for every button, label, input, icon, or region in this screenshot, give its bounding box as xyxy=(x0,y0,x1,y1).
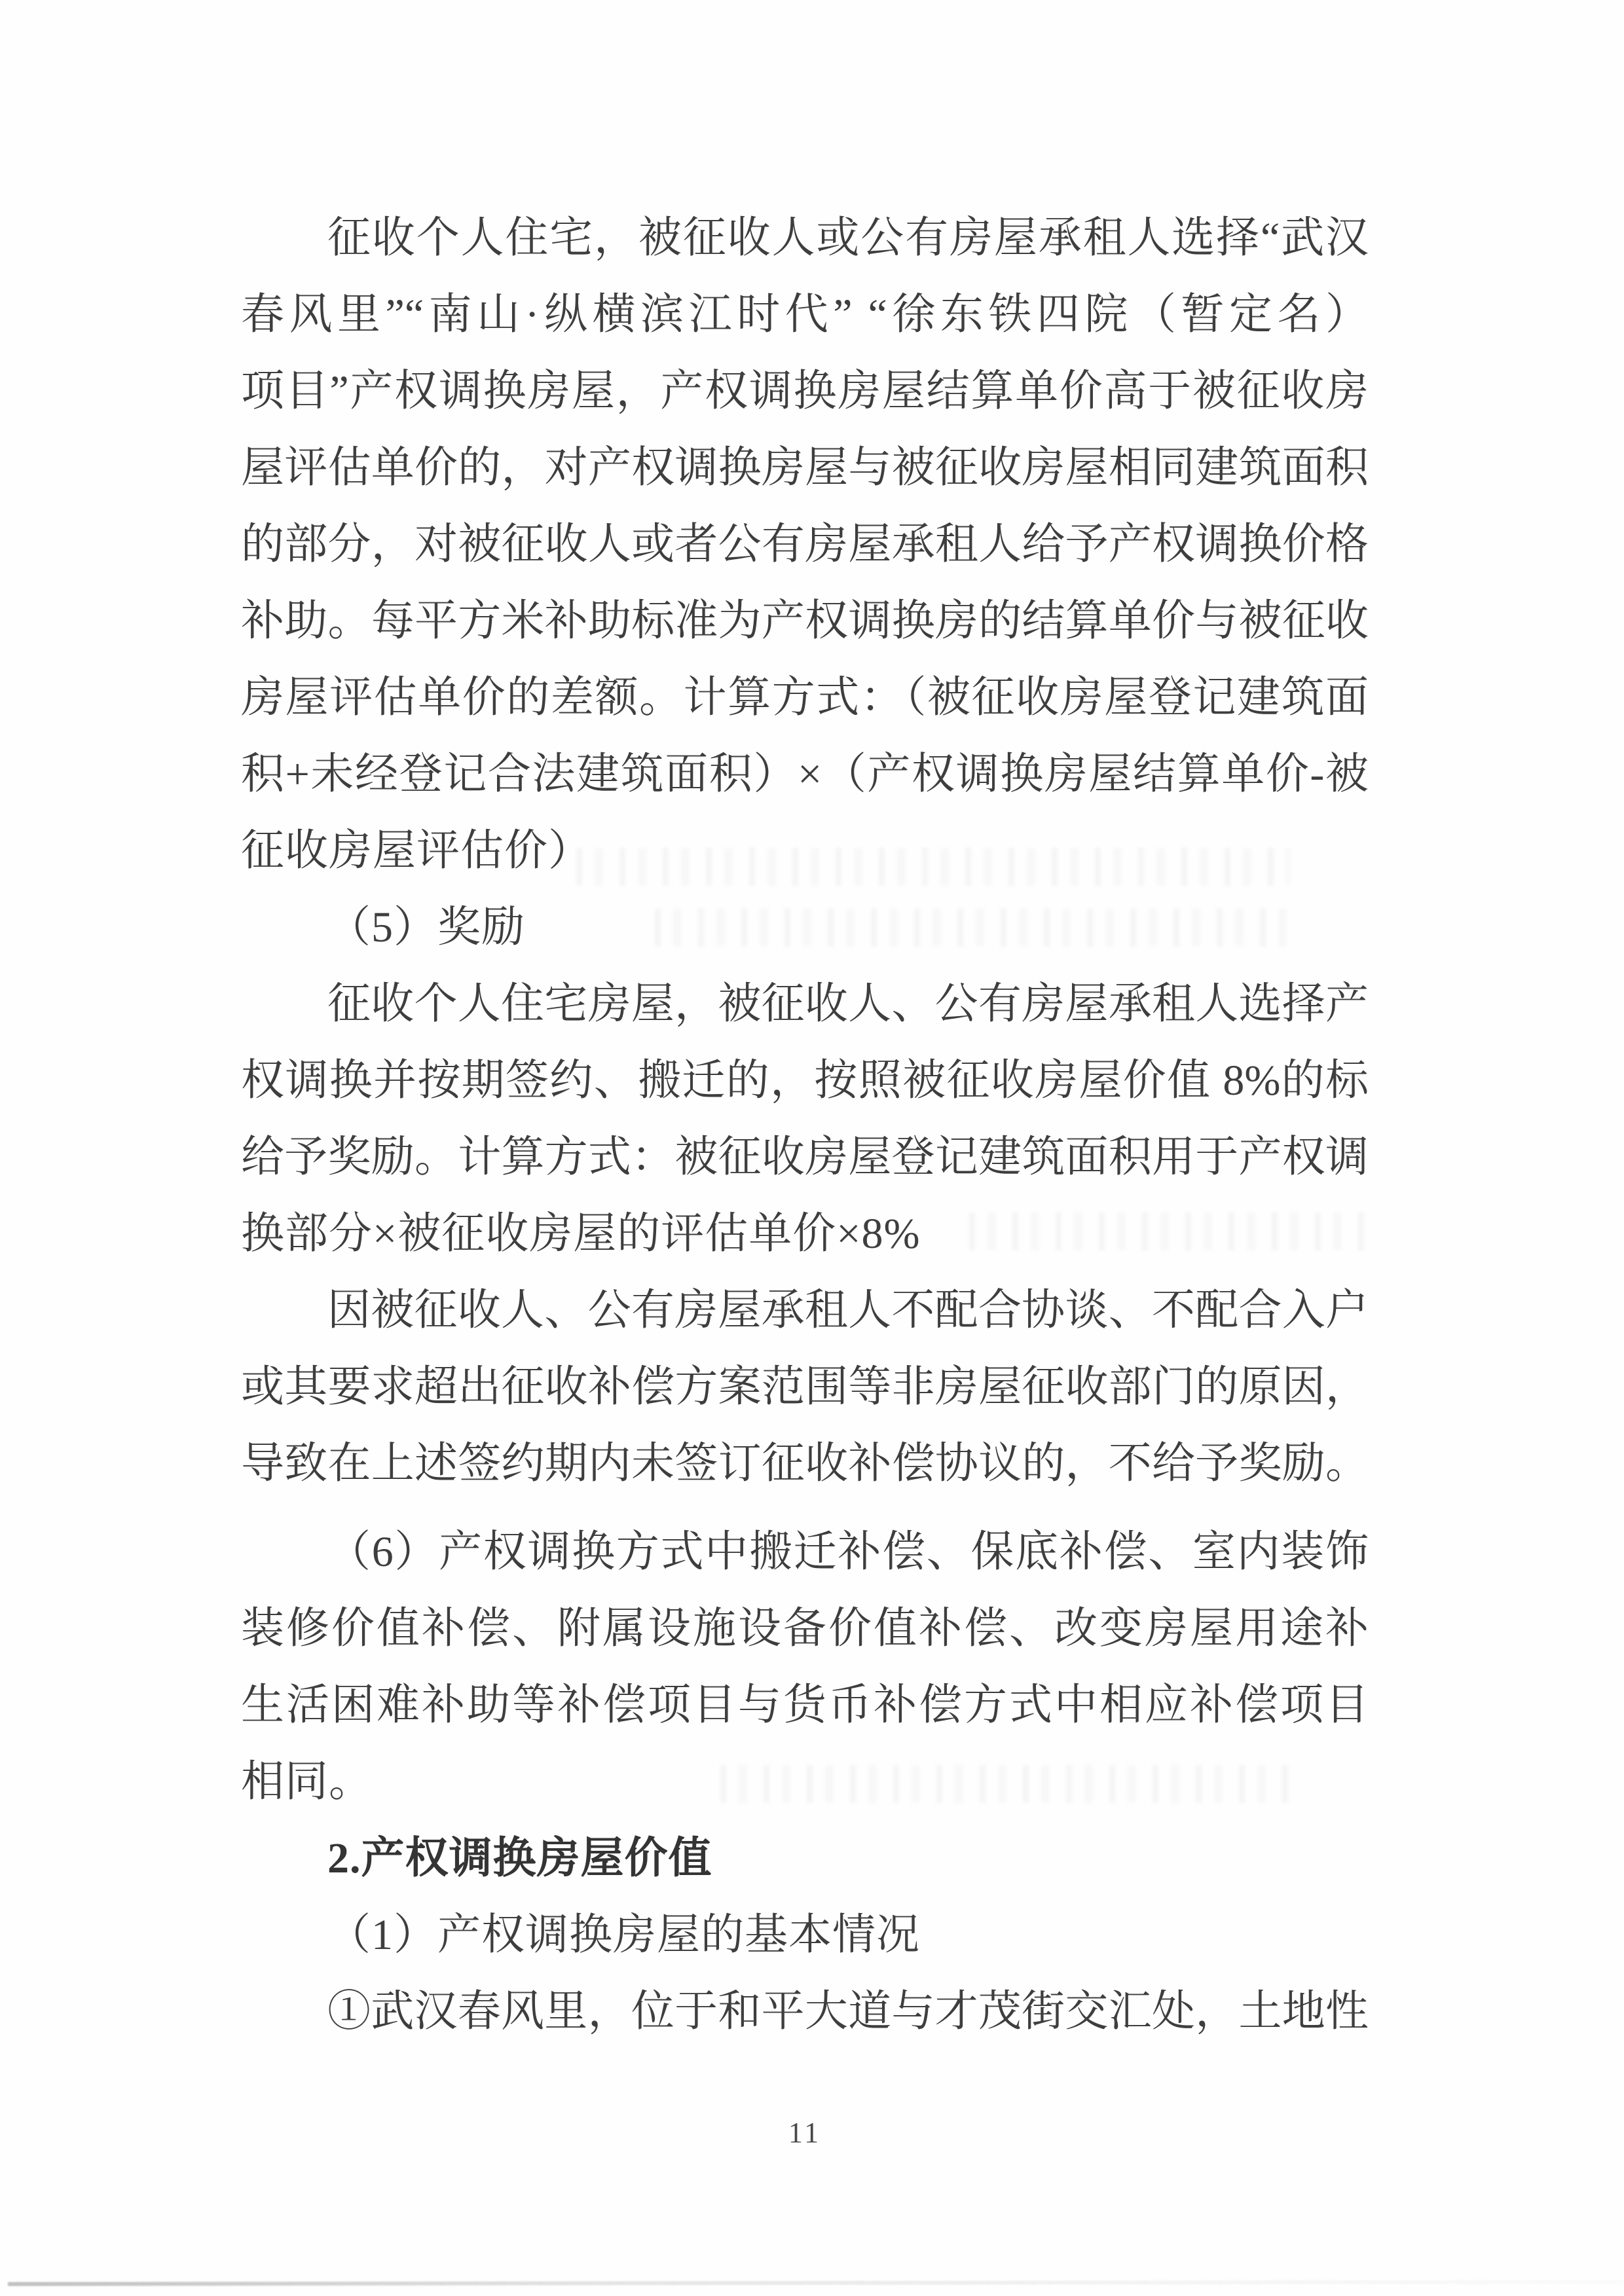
document-line: 因被征收人、公有房屋承租人不配合协谈、不配合入户 xyxy=(241,1272,1369,1349)
document-line: 权调换并按期签约、搬迁的，按照被征收房屋价值 8%的标准 xyxy=(241,1042,1369,1119)
page-number: 11 xyxy=(241,2116,1369,2149)
document-line: 屋评估单价的，对产权调换房屋与被征收房屋相同建筑面积 xyxy=(241,429,1369,506)
document-line: 项目”产权调换房屋，产权调换房屋结算单价高于被征收房 xyxy=(241,353,1369,429)
document-line: 积+未经登记合法建筑面积）×（产权调换房屋结算单价-被 xyxy=(241,736,1369,812)
document-line: 补助。每平方米补助标准为产权调换房的结算单价与被征收 xyxy=(241,583,1369,659)
bleed-through-artifact xyxy=(576,848,1290,886)
document-line: 或其要求超出征收补偿方案范围等非房屋征收部门的原因， xyxy=(241,1349,1369,1425)
document-line: 导致在上述签约期内未签订征收补偿协议的，不给予奖励。 xyxy=(241,1425,1369,1502)
scanned-document-page: 征收个人住宅，被征收人或公有房屋承租人选择“武汉 春风里”“南山·纵横滨江时代”… xyxy=(0,0,1624,2296)
scan-edge-artifact xyxy=(8,2280,1624,2286)
section-heading-2-property-swap-value: 2.产权调换房屋价值 xyxy=(241,1820,1369,1897)
section-heading-1-basic-info: （1）产权调换房屋的基本情况 xyxy=(241,1897,1369,1973)
document-line: 的部分，对被征收人或者公有房屋承租人给予产权调换价格 xyxy=(241,506,1369,583)
document-line: 征收个人住宅，被征收人或公有房屋承租人选择“武汉 xyxy=(241,200,1369,276)
bleed-through-artifact xyxy=(720,1765,1297,1803)
document-line: 生活困难补助等补偿项目与货币补偿方式中相应补偿项目 xyxy=(241,1667,1369,1743)
bleed-through-artifact xyxy=(655,909,1297,947)
document-line: 春风里”“南山·纵横滨江时代” “徐东铁四院（暂定名） xyxy=(241,276,1369,353)
document-line: 征收个人住宅房屋，被征收人、公有房屋承租人选择产 xyxy=(241,966,1369,1042)
document-line: ①武汉春风里，位于和平大道与才茂街交汇处，土地性 xyxy=(241,1973,1369,2050)
document-line: 装修价值补偿、附属设施设备价值补偿、改变房屋用途补助、 xyxy=(241,1590,1369,1667)
document-line: 给予奖励。计算方式：被征收房屋登记建筑面积用于产权调 xyxy=(241,1119,1369,1195)
section-heading-6: （6）产权调换方式中搬迁补偿、保底补偿、室内装饰 xyxy=(241,1514,1369,1590)
bleed-through-artifact xyxy=(969,1212,1375,1250)
document-line: 房屋评估单价的差额。计算方式：（被征收房屋登记建筑面 xyxy=(241,659,1369,736)
